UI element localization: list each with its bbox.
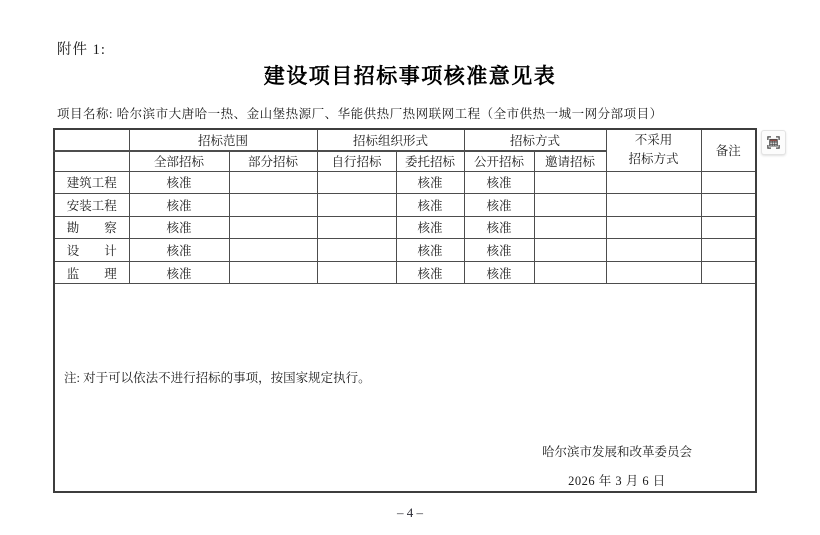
table-cell [701,194,756,217]
table-cell [701,171,756,194]
attachment-label: 附件 1: [57,38,106,59]
table-cell: 核准 [129,239,229,262]
table-cell: 核准 [129,261,229,284]
row-label: 勘察 [67,218,117,236]
table-cell: 核准 [464,171,534,194]
col-group-bid-organization: 招标组织形式 [317,129,464,151]
table-cell [317,216,396,239]
corner-cell [54,151,129,171]
col-group-bid-method: 招标方式 [464,129,606,151]
document-page: 附件 1: 建设项目招标事项核准意见表 项目名称: 哈尔滨市大唐哈一热、金山堡热… [0,0,820,535]
table-cell: 核准 [396,261,464,284]
table-cell [534,171,606,194]
table-cell: 核准 [396,194,464,217]
row-label: 建筑工程 [67,173,117,191]
table-cell [606,216,701,239]
row-label: 安装工程 [67,196,117,214]
table-cell [534,194,606,217]
signature-block: 哈尔滨市发展和改革委员会 2026 年 3 月 6 日 [507,442,727,489]
table-capture-button[interactable] [761,130,786,155]
footer-cell: 注: 对于可以依法不进行招标的事项，按国家规定执行。 哈尔滨市发展和改革委员会 … [54,284,756,493]
table-capture-icon [766,135,781,150]
table-row: 勘察 核准 核准 核准 [54,216,756,239]
approval-table: 招标范围 招标组织形式 招标方式 不采用 招标方式 备注 全部招标 部分招标 自… [53,128,757,493]
table-cell [229,261,317,284]
page-title: 建设项目招标事项核准意见表 [0,60,820,90]
row-label: 监理 [67,264,117,282]
table-cell [534,216,606,239]
signature-date: 2026 年 3 月 6 日 [507,471,727,489]
table-cell [317,171,396,194]
corner-cell [54,129,129,151]
row-label-cell: 建筑工程 [54,171,129,194]
table-row: 设计 核准 核准 核准 [54,239,756,262]
footnote: 注: 对于可以依法不进行招标的事项，按国家规定执行。 [64,368,371,386]
project-name: 项目名称: 哈尔滨市大唐哈一热、金山堡热源厂、华能供热厂热网联网工程（全市供热一… [57,104,663,122]
table-cell: 核准 [129,216,229,239]
table-cell: 核准 [396,171,464,194]
table-cell [229,171,317,194]
table-cell [229,239,317,262]
table-row: 建筑工程 核准 核准 核准 [54,171,756,194]
table-cell: 核准 [464,194,534,217]
table-cell [317,261,396,284]
row-label-cell: 勘察 [54,216,129,239]
row-label: 设计 [67,241,117,259]
col-header-partial-bidding: 部分招标 [229,151,317,171]
table-cell: 核准 [129,194,229,217]
table-cell [701,261,756,284]
row-label-cell: 安装工程 [54,194,129,217]
table-cell [701,239,756,262]
table-footer-row: 注: 对于可以依法不进行招标的事项，按国家规定执行。 哈尔滨市发展和改革委员会 … [54,284,756,493]
col-header-no-bidding: 不采用 招标方式 [606,129,701,171]
col-header-self-bidding: 自行招标 [317,151,396,171]
table-cell: 核准 [464,216,534,239]
row-label-cell: 设计 [54,239,129,262]
row-label-cell: 监理 [54,261,129,284]
table-row: 安装工程 核准 核准 核准 [54,194,756,217]
table-cell [317,239,396,262]
table-cell [606,261,701,284]
table-cell [317,194,396,217]
table-cell: 核准 [464,239,534,262]
table-row: 监理 核准 核准 核准 [54,261,756,284]
table-cell [229,216,317,239]
table-cell [534,239,606,262]
signature-org: 哈尔滨市发展和改革委员会 [507,442,727,460]
table-cell [534,261,606,284]
table-cell [606,171,701,194]
page-number: – 4 – [0,505,820,521]
col-header-remark: 备注 [701,129,756,171]
col-header-full-bidding: 全部招标 [129,151,229,171]
col-header-entrusted-bidding: 委托招标 [396,151,464,171]
table-cell [701,216,756,239]
table-cell [229,194,317,217]
table-cell: 核准 [464,261,534,284]
col-header-invited-bidding: 邀请招标 [534,151,606,171]
table-cell [606,194,701,217]
table-cell: 核准 [129,171,229,194]
table-cell [606,239,701,262]
col-group-bid-scope: 招标范围 [129,129,317,151]
header-group-row: 招标范围 招标组织形式 招标方式 不采用 招标方式 备注 [54,129,756,151]
col-header-open-bidding: 公开招标 [464,151,534,171]
table-cell: 核准 [396,239,464,262]
table-cell: 核准 [396,216,464,239]
